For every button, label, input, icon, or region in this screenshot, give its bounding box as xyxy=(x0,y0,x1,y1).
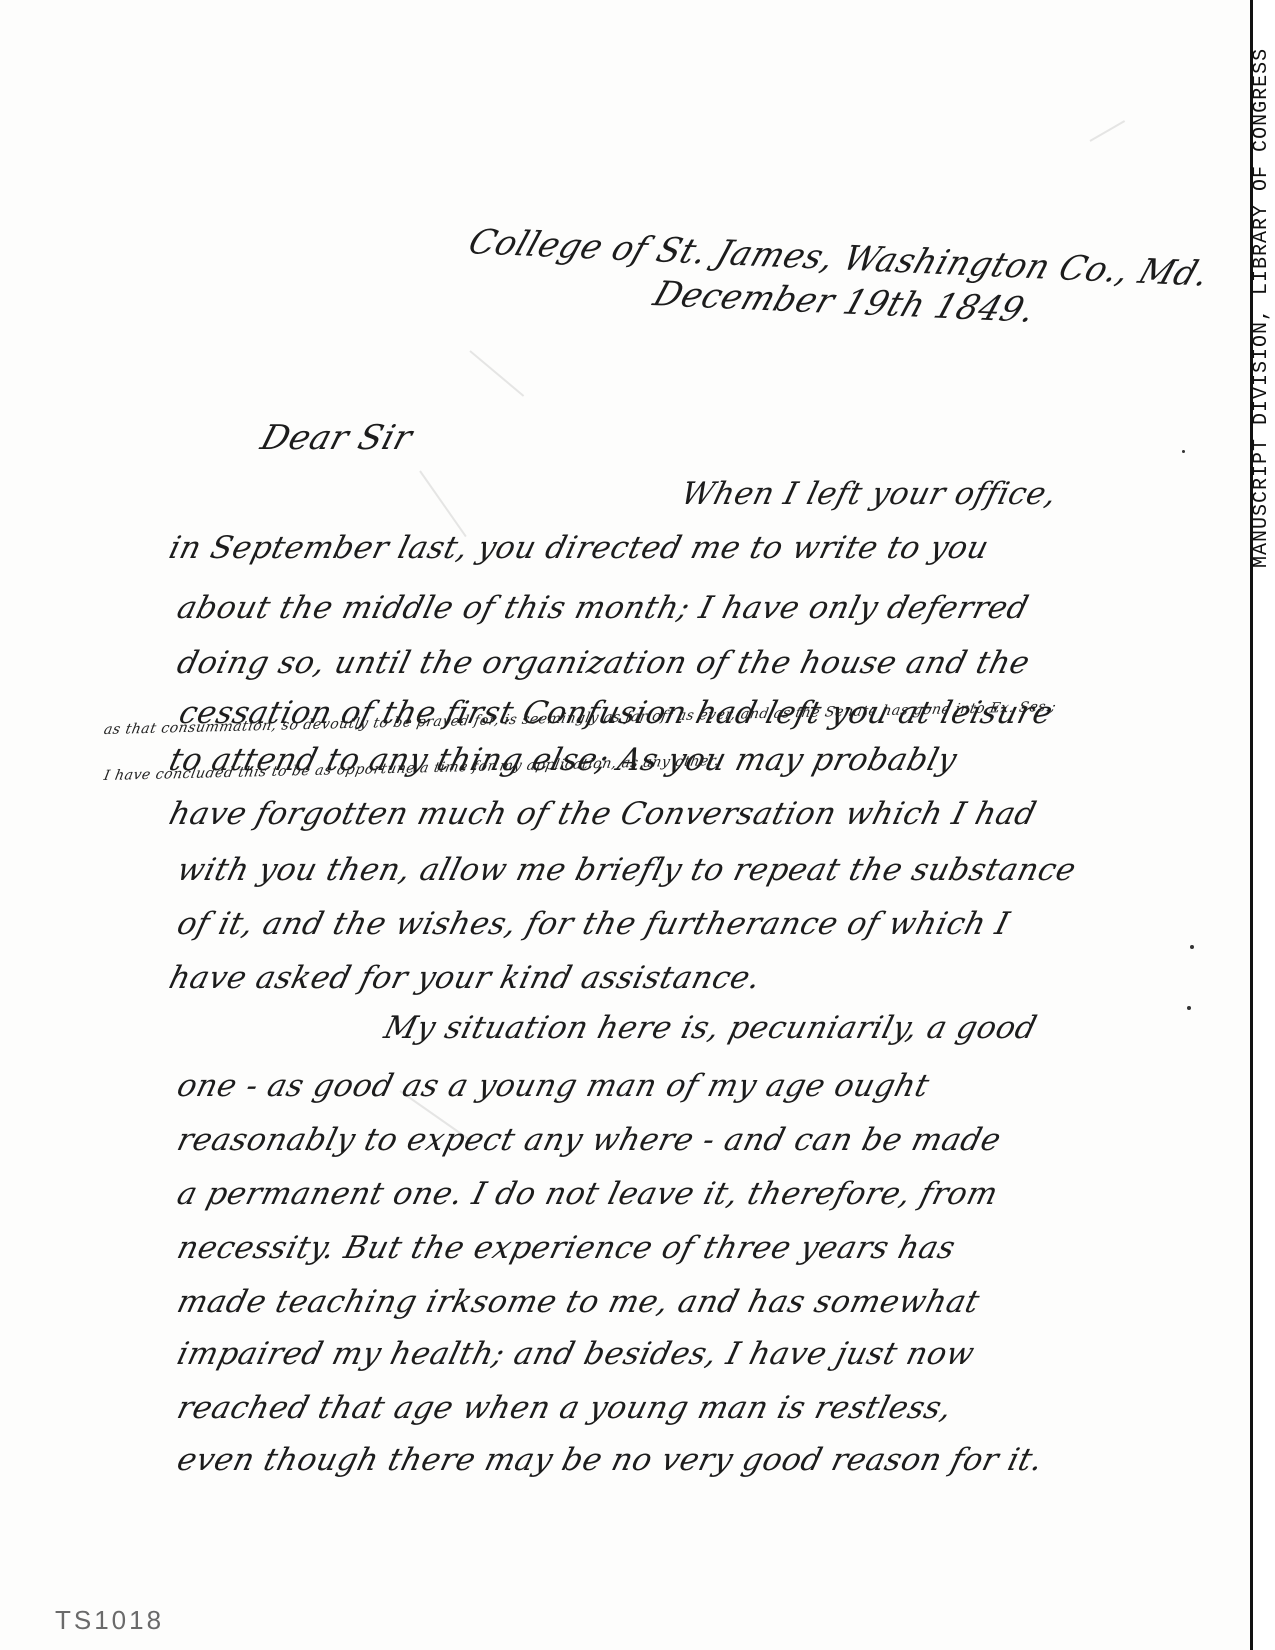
letter-page: College of St. James, Washington Co., Md… xyxy=(0,0,1275,1650)
body-line: doing so, until the organization of the … xyxy=(174,645,1034,681)
body-line: reasonably to expect any where - and can… xyxy=(174,1122,1005,1158)
body-line: impaired my health; and besides, I have … xyxy=(174,1336,979,1372)
body-line: My situation here is, pecuniarily, a goo… xyxy=(381,1010,1041,1046)
library-stamp: MANUSCRIPT DIVISION, LIBRARY OF CONGRESS xyxy=(1250,48,1273,1248)
body-line: have forgotten much of the Conversation … xyxy=(166,796,1041,832)
body-line: made teaching irksome to me, and has som… xyxy=(174,1284,984,1320)
ink-speck xyxy=(1182,450,1185,453)
crease-mark xyxy=(1090,120,1126,142)
salutation: Dear Sir xyxy=(256,418,417,458)
body-line: reached that age when a young man is res… xyxy=(174,1390,956,1426)
body-line: one - as good as a young man of my age o… xyxy=(174,1068,934,1104)
crease-mark xyxy=(419,470,467,537)
body-line: of it, and the wishes, for the furtheran… xyxy=(174,906,1014,942)
body-line: a permanent one. I do not leave it, ther… xyxy=(174,1176,1002,1212)
body-line: about the middle of this month; I have o… xyxy=(174,590,1033,626)
body-line: with you then, allow me briefly to repea… xyxy=(174,852,1080,888)
stamp-bar: MANUSCRIPT DIVISION, LIBRARY OF CONGRESS xyxy=(1250,0,1275,1650)
crease-mark xyxy=(469,350,524,397)
body-line: When I left your office, xyxy=(678,476,1061,512)
body-line: necessity. But the experience of three y… xyxy=(174,1230,960,1266)
body-line: in September last, you directed me to wr… xyxy=(166,530,993,566)
body-line: even though there may be no very good re… xyxy=(174,1442,1047,1478)
archive-id: TS1018 xyxy=(55,1605,164,1636)
ink-speck xyxy=(1187,1006,1191,1010)
ink-speck xyxy=(1190,945,1194,949)
body-line: have asked for your kind assistance. xyxy=(166,960,765,996)
